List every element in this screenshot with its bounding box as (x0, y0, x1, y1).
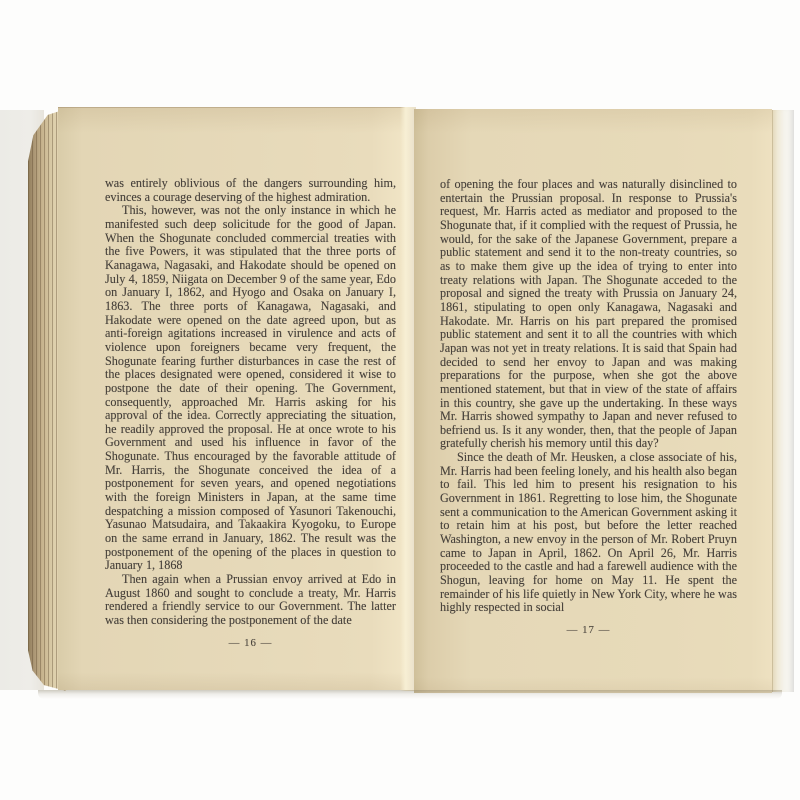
paragraph: Since the death of Mr. Heusken, a close … (440, 451, 737, 615)
book-photo: was entirely oblivious of the dangers su… (0, 0, 800, 800)
page-right-text: of opening the four places and was natur… (440, 178, 737, 638)
page-left: was entirely oblivious of the dangers su… (58, 107, 406, 690)
book-bottom-shadow (38, 690, 782, 699)
page-right: of opening the four places and was natur… (414, 109, 772, 693)
open-book: was entirely oblivious of the dangers su… (28, 107, 794, 693)
paragraph: This, however, was not the only instance… (105, 204, 396, 573)
page-left-text: was entirely oblivious of the dangers su… (105, 177, 396, 650)
page-edge-right (772, 110, 794, 692)
page-number-left: — 16 — (105, 637, 396, 651)
paragraph: of opening the four places and was natur… (440, 178, 737, 451)
page-number-right: — 17 — (440, 624, 737, 638)
paragraph: Then again when a Prussian envoy arrived… (105, 573, 396, 628)
paragraph: was entirely oblivious of the dangers su… (105, 177, 396, 204)
